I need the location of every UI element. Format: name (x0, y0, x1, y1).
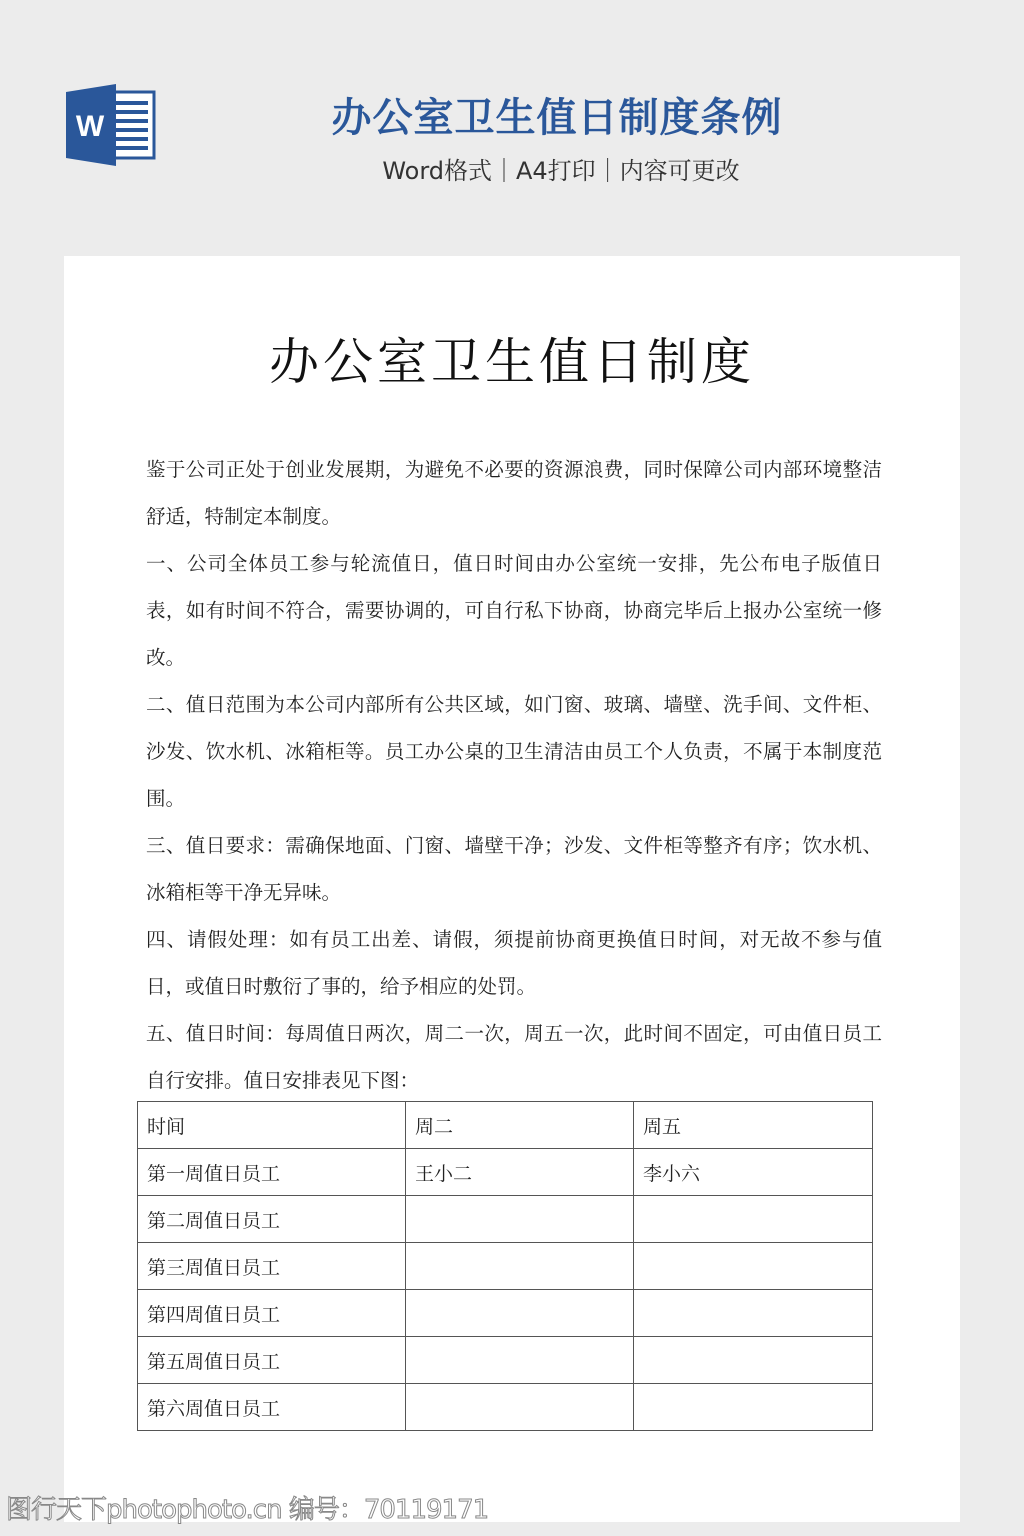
table-row: 第四周值日员工 (138, 1290, 873, 1337)
document-page: 办公室卫生值日制度 鉴于公司正处于创业发展期，为避免不必要的资源浪费，同时保障公… (64, 256, 960, 1522)
header-title: 办公室卫生值日制度条例 (0, 92, 1024, 144)
table-row: 第五周值日员工 (138, 1337, 873, 1384)
table-cell: 第三周值日员工 (138, 1243, 406, 1290)
table-cell (406, 1196, 634, 1243)
table-row: 第一周值日员工 王小二 李小六 (138, 1149, 873, 1196)
table-cell (406, 1243, 634, 1290)
header-subtitle: Word格式｜A4打印｜内容可更改 (0, 154, 1024, 188)
table-cell: 第五周值日员工 (138, 1337, 406, 1384)
table-cell (406, 1337, 634, 1384)
table-cell: 李小六 (634, 1149, 873, 1196)
table-cell (634, 1196, 873, 1243)
watermark: 图行天下photophoto.cn 编号：70119171 (6, 1494, 488, 1526)
document-title: 办公室卫生值日制度 (64, 332, 960, 392)
clause-4: 四、请假处理：如有员工出差、请假，须提前协商更换值日时间，对无故不参与值日，或值… (146, 916, 882, 1010)
table-cell (634, 1337, 873, 1384)
clause-2: 二、值日范围为本公司内部所有公共区域，如门窗、玻璃、墙壁、洗手间、文件柜、沙发、… (146, 681, 882, 822)
duty-schedule-table: 时间 周二 周五 第一周值日员工 王小二 李小六 第二周值日员工 第三周值日员工… (137, 1101, 873, 1431)
header-cell: 周五 (634, 1102, 873, 1149)
table-cell: 第二周值日员工 (138, 1196, 406, 1243)
table-cell: 第六周值日员工 (138, 1384, 406, 1431)
intro-paragraph: 鉴于公司正处于创业发展期，为避免不必要的资源浪费，同时保障公司内部环境整洁舒适，… (146, 446, 882, 540)
table-header-row: 时间 周二 周五 (138, 1102, 873, 1149)
table-cell: 第一周值日员工 (138, 1149, 406, 1196)
document-body: 鉴于公司正处于创业发展期，为避免不必要的资源浪费，同时保障公司内部环境整洁舒适，… (146, 446, 882, 1104)
header-cell: 周二 (406, 1102, 634, 1149)
table-row: 第三周值日员工 (138, 1243, 873, 1290)
table-row: 第二周值日员工 (138, 1196, 873, 1243)
table-row: 第六周值日员工 (138, 1384, 873, 1431)
clause-3: 三、值日要求：需确保地面、门窗、墙壁干净；沙发、文件柜等整齐有序；饮水机、冰箱柜… (146, 822, 882, 916)
table-cell (634, 1243, 873, 1290)
table-cell (634, 1384, 873, 1431)
table-cell (406, 1384, 634, 1431)
table-cell: 王小二 (406, 1149, 634, 1196)
header-cell: 时间 (138, 1102, 406, 1149)
table-cell (634, 1290, 873, 1337)
clause-5: 五、值日时间：每周值日两次，周二一次，周五一次，此时间不固定，可由值日员工自行安… (146, 1010, 882, 1104)
clause-1: 一、公司全体员工参与轮流值日，值日时间由办公室统一安排，先公布电子版值日表，如有… (146, 540, 882, 681)
table-cell: 第四周值日员工 (138, 1290, 406, 1337)
table-cell (406, 1290, 634, 1337)
